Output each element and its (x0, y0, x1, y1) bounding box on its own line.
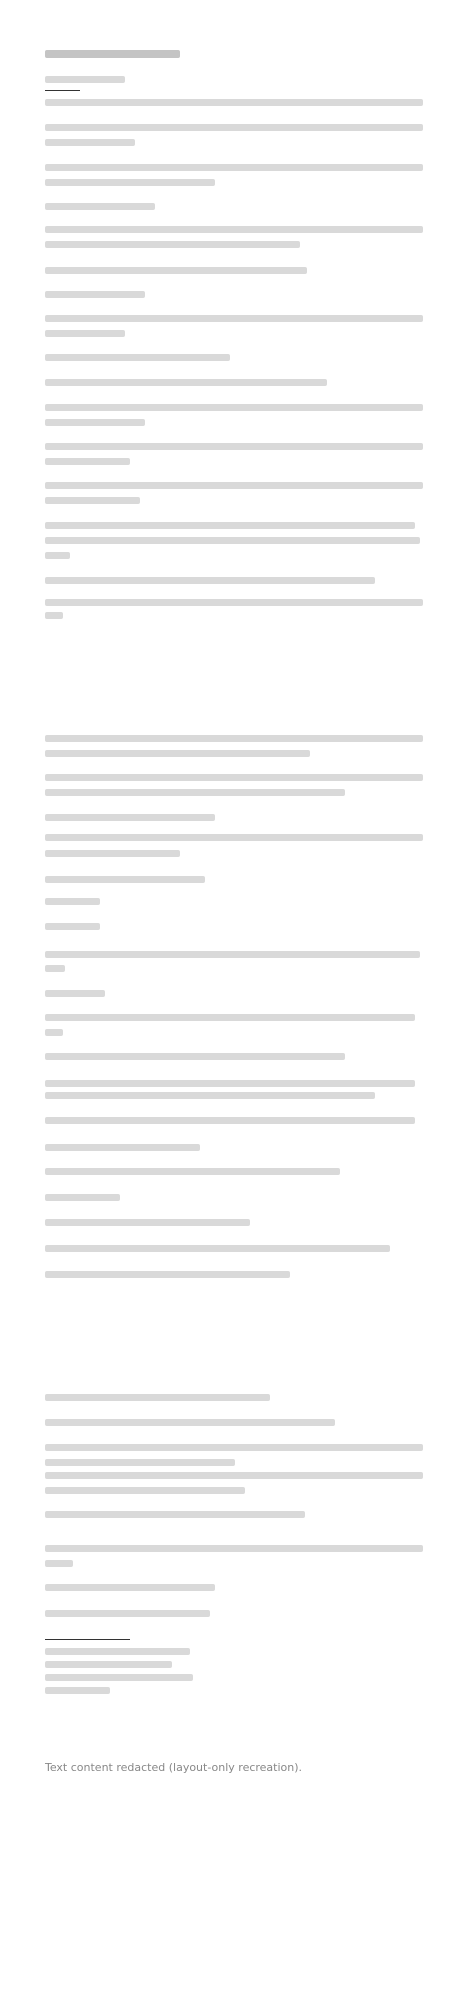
paragraph-line-redacted (45, 522, 415, 529)
paragraph-line-redacted (45, 203, 155, 210)
paragraph-line-redacted (45, 990, 105, 997)
paragraph-line-redacted (45, 965, 65, 972)
paragraph-line-redacted (45, 379, 327, 386)
paragraph-line-redacted (45, 1584, 215, 1591)
paragraph-line-redacted (45, 599, 423, 606)
author-note-line-redacted (45, 1687, 110, 1694)
paragraph-line-redacted (45, 330, 125, 337)
paragraph-line-redacted (45, 482, 423, 489)
author-note-line-redacted (45, 1661, 172, 1668)
paragraph-line-redacted (45, 1560, 73, 1567)
paragraph-line-redacted (45, 735, 423, 742)
paragraph-line-redacted (45, 99, 423, 106)
paragraph-line-redacted (45, 179, 215, 186)
paragraph-line-redacted (45, 951, 420, 958)
paragraph-line-redacted (45, 789, 345, 796)
paragraph-line-redacted (45, 497, 140, 504)
paragraph-line-redacted (45, 226, 423, 233)
paragraph-line-redacted (45, 1472, 423, 1479)
paragraph-line-redacted (45, 1419, 335, 1426)
paragraph-line-redacted (45, 1080, 415, 1087)
paragraph-line-redacted (45, 1168, 340, 1175)
paragraph-line-redacted (45, 1459, 235, 1466)
paragraph-line-redacted (45, 1487, 245, 1494)
paragraph-line-redacted (45, 898, 100, 905)
paragraph-line-redacted (45, 1194, 120, 1201)
author-note-line-redacted (45, 1648, 190, 1655)
paragraph-line-redacted (45, 850, 180, 857)
paragraph-line-redacted (45, 1610, 210, 1617)
paragraph-line-redacted (45, 1245, 390, 1252)
divider (45, 90, 80, 91)
paragraph-line-redacted (45, 124, 423, 131)
paragraph-line-redacted (45, 1144, 200, 1151)
paragraph-line-redacted (45, 1117, 415, 1124)
document-title-redacted (45, 50, 180, 58)
paragraph-line-redacted (45, 1014, 415, 1021)
paragraph-line-redacted (45, 834, 423, 841)
paragraph-line-redacted (45, 164, 423, 171)
paragraph-line-redacted (45, 458, 130, 465)
paragraph-line-redacted (45, 923, 100, 930)
paragraph-line-redacted (45, 1219, 250, 1226)
document-page (0, 0, 475, 2016)
paragraph-line-redacted (45, 537, 420, 544)
paragraph-line-redacted (45, 404, 423, 411)
paragraph-line-redacted (45, 354, 230, 361)
paragraph-line-redacted (45, 1092, 375, 1099)
paragraph-line-redacted (45, 814, 215, 821)
paragraph-line-redacted (45, 552, 70, 559)
paragraph-line-redacted (45, 315, 423, 322)
paragraph-line-redacted (45, 1271, 290, 1278)
paragraph-line-redacted (45, 139, 135, 146)
paragraph-line-redacted (45, 419, 145, 426)
paragraph-line-redacted (45, 1053, 345, 1060)
paragraph-line-redacted (45, 876, 205, 883)
paragraph-line-redacted (45, 750, 310, 757)
author-note-line-redacted (45, 1674, 193, 1681)
paragraph-line-redacted (45, 291, 145, 298)
paragraph-line-redacted (45, 241, 300, 248)
subtitle-redacted (45, 76, 125, 83)
paragraph-line-redacted (45, 1545, 423, 1552)
paragraph-line-redacted (45, 577, 375, 584)
paragraph-line-redacted (45, 443, 423, 450)
paragraph-line-redacted (45, 612, 63, 619)
paragraph-line-redacted (45, 267, 307, 274)
paragraph-line-redacted (45, 774, 423, 781)
end-divider (45, 1639, 130, 1640)
paragraph-line-redacted (45, 1029, 63, 1036)
paragraph-line-redacted (45, 1511, 305, 1518)
redaction-notice: Text content redacted (layout-only recre… (45, 1760, 425, 1775)
paragraph-line-redacted (45, 1394, 270, 1401)
paragraph-line-redacted (45, 1444, 423, 1451)
